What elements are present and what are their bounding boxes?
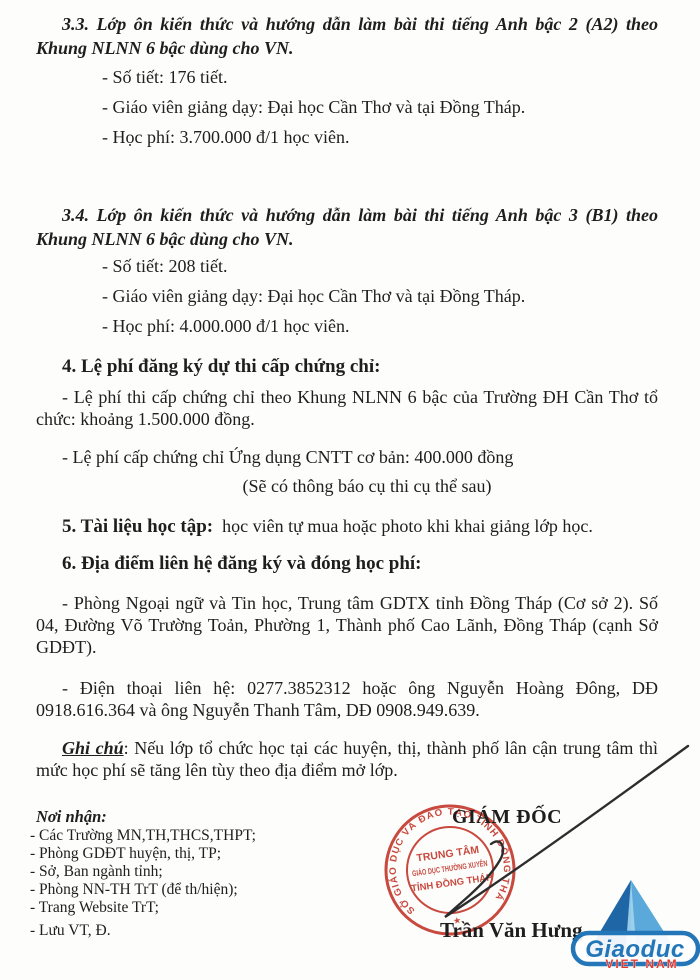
section-5-text: học viên tự mua hoặc photo khi khai giản…: [222, 516, 593, 536]
section-4-fee-nlnn: - Lệ phí thi cấp chứng chỉ theo Khung NL…: [36, 386, 658, 430]
section-6-address: - Phòng Ngoại ngữ và Tin học, Trung tâm …: [36, 592, 658, 658]
section-6-phone: - Điện thoại liên hệ: 0277.3852312 hoặc …: [36, 677, 658, 721]
section-3-4-bullet-hoc-phi: - Học phí: 4.000.000 đ/1 học viên.: [102, 315, 658, 337]
section-3-3-bullet-giao-vien: - Giáo viên giảng dạy: Đại học Cần Thơ v…: [102, 96, 658, 118]
section-5-line: 5. Tài liệu học tập: học viên tự mua hoặ…: [36, 515, 658, 538]
document-page: 3.3. Lớp ôn kiến thức và hướng dẫn làm b…: [0, 0, 700, 980]
section-5-heading: 5. Tài liệu học tập:: [62, 516, 213, 537]
logo-country-text: VIET NAM: [605, 957, 678, 971]
section-3-3-bullet-so-tiet: - Số tiết: 176 tiết.: [102, 66, 658, 88]
giaoduc-vietnam-watermark-logo: Giaoduc VIET NAM: [543, 877, 700, 979]
section-3-4-heading: 3.4. Lớp ôn kiến thức và hướng dẫn làm b…: [36, 203, 658, 251]
section-3-4-bullet-so-tiet: - Số tiết: 208 tiết.: [102, 255, 658, 277]
section-3-3-heading: 3.3. Lớp ôn kiến thức và hướng dẫn làm b…: [36, 12, 658, 60]
section-3-3-bullet-hoc-phi: - Học phí: 3.700.000 đ/1 học viên.: [102, 126, 658, 148]
section-4-fee-cntt: - Lệ phí cấp chứng chỉ Ứng dụng CNTT cơ …: [36, 446, 658, 468]
section-3-4-bullet-giao-vien: - Giáo viên giảng dạy: Đại học Cần Thơ v…: [102, 285, 658, 307]
section-6-heading: 6. Địa điểm liên hệ đăng ký và đóng học …: [36, 552, 658, 576]
note-label: Ghi chú: [62, 738, 124, 758]
section-4-note: (Sẽ có thông báo cụ thi cụ thể sau): [36, 475, 658, 497]
section-4-heading: 4. Lệ phí đăng ký dự thi cấp chứng chỉ:: [36, 355, 658, 379]
